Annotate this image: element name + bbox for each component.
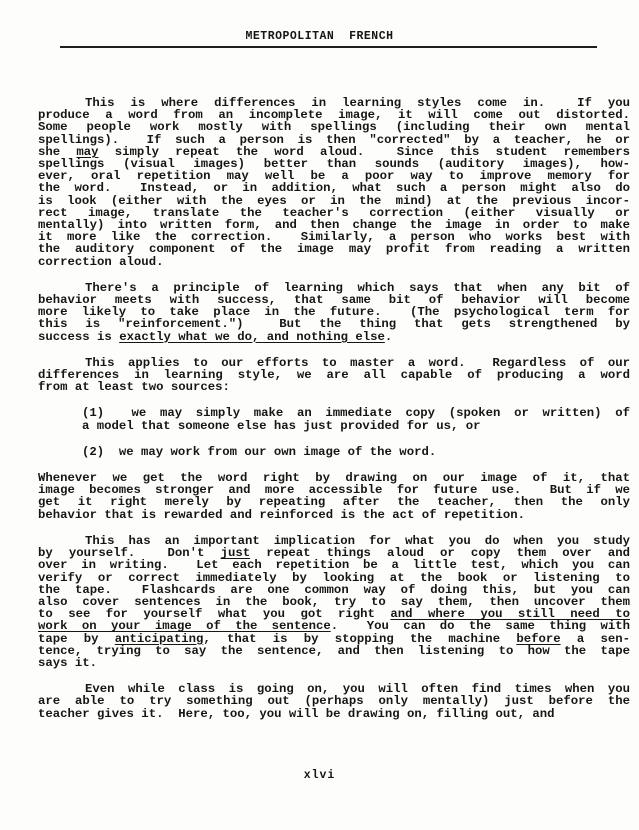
text-segment: . bbox=[385, 330, 392, 344]
text-segment: tence, trying to say the sentence, and t… bbox=[38, 644, 630, 658]
list-item: (1) we may simply make an immediate copy… bbox=[82, 407, 630, 431]
paragraph: Even while class is going on, you will o… bbox=[38, 683, 630, 720]
text-line: a model that someone else has just provi… bbox=[82, 420, 630, 432]
text-line: says it. bbox=[38, 657, 630, 669]
header-rule bbox=[60, 46, 597, 48]
list-item: (2) we may work from our own image of th… bbox=[82, 446, 630, 458]
text-line: correction aloud. bbox=[38, 256, 630, 268]
paragraph: This has an important implication for wh… bbox=[38, 535, 630, 669]
text-line: (2) we may work from our own image of th… bbox=[82, 446, 630, 458]
document-page: METROPOLITAN FRENCH This is where differ… bbox=[0, 0, 639, 830]
text-line: tence, trying to say the sentence, and t… bbox=[38, 645, 630, 657]
text-line: teacher gives it. Here, too, you will be… bbox=[38, 708, 630, 720]
paragraph: This is where differences in learning st… bbox=[38, 97, 630, 268]
text-segment: (2) we may work from our own image of th… bbox=[82, 445, 436, 459]
text-segment: behavior that is rewarded and reinforced… bbox=[38, 508, 525, 522]
page-header-title: METROPOLITAN FRENCH bbox=[0, 30, 639, 43]
paragraph: Whenever we get the word right by drawin… bbox=[38, 472, 630, 521]
text-segment: teacher gives it. Here, too, you will be… bbox=[38, 707, 555, 721]
text-line: behavior that is rewarded and reinforced… bbox=[38, 509, 630, 521]
paragraph: There's a principle of learning which sa… bbox=[38, 282, 630, 343]
text-segment: success is bbox=[38, 330, 119, 344]
paragraph: This applies to our efforts to master a … bbox=[38, 357, 630, 394]
text-segment: says it. bbox=[38, 656, 97, 670]
page-number: xlvi bbox=[0, 769, 639, 782]
text-segment: from at least two sources: bbox=[38, 380, 230, 394]
text-segment: correction aloud. bbox=[38, 255, 163, 269]
underlined-text: exactly what we do, and nothing else bbox=[119, 330, 385, 344]
text-segment: a model that someone else has just provi… bbox=[82, 419, 480, 433]
text-line: success is exactly what we do, and nothi… bbox=[38, 331, 630, 343]
document-body: This is where differences in learning st… bbox=[38, 97, 630, 734]
text-line: from at least two sources: bbox=[38, 381, 630, 393]
